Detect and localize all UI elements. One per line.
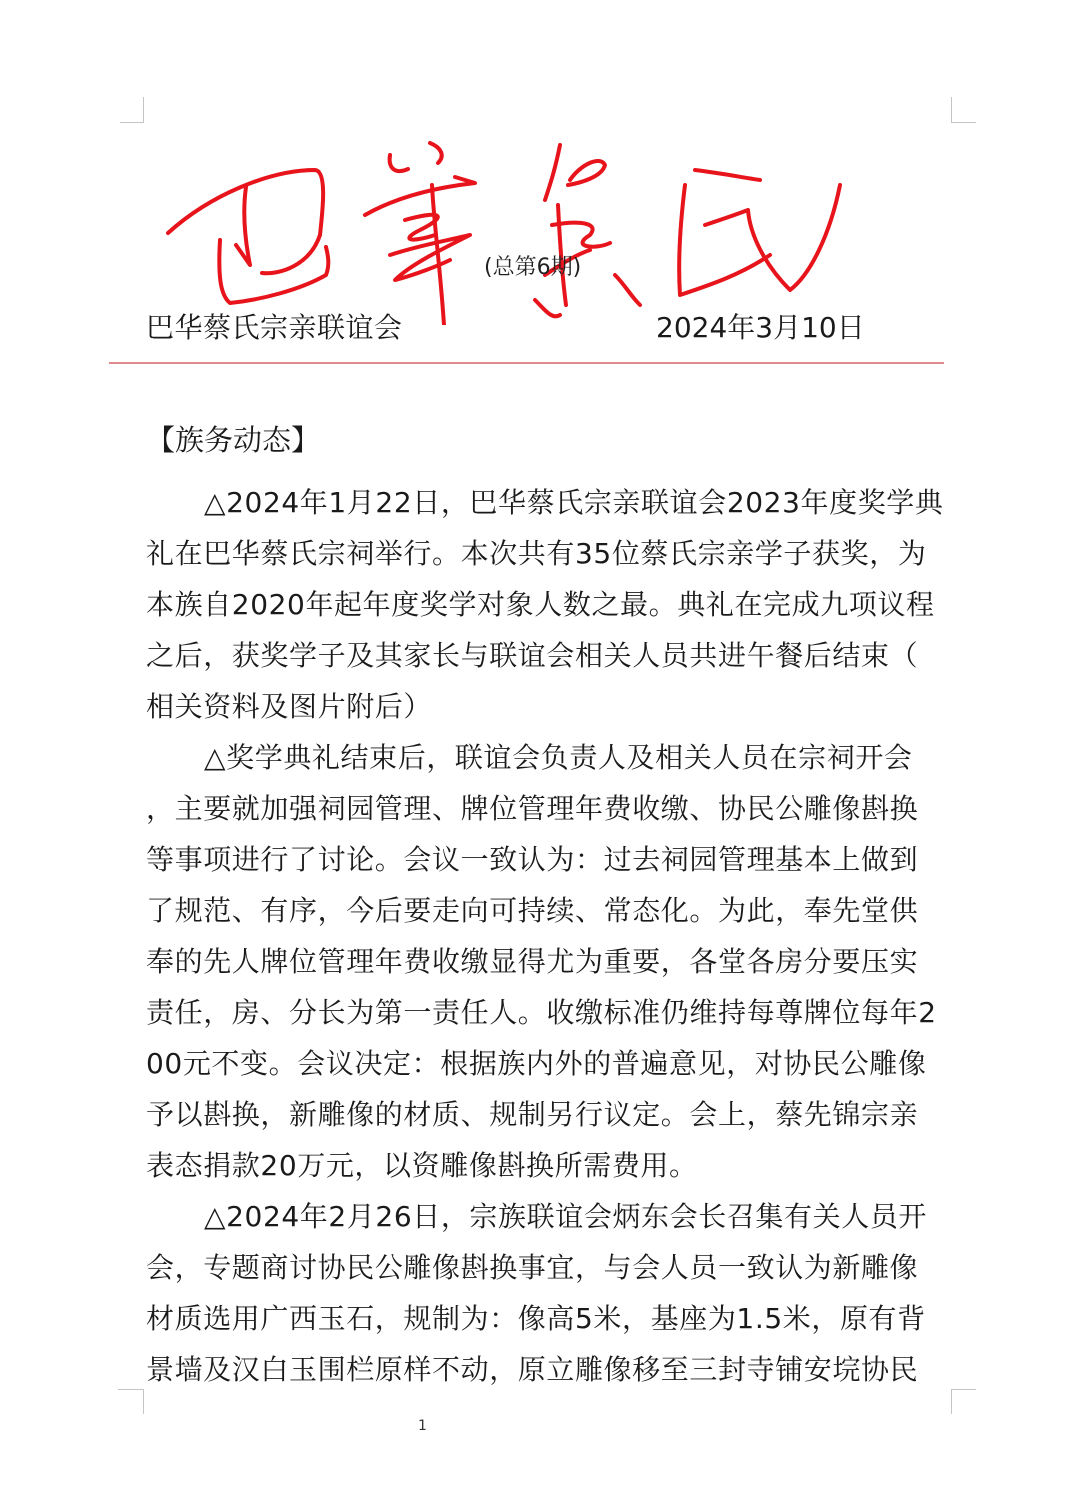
text-line: 会，专题商讨协民公雕像斟换事宜，与会人员一致认为新雕像 xyxy=(146,1242,956,1293)
margin-corner-top-right xyxy=(951,97,976,123)
header-divider xyxy=(109,362,944,364)
text-line: 等事项进行了讨论。会议一致认为：过去祠园管理基本上做到 xyxy=(146,834,956,885)
text-line: △奖学典礼结束后，联谊会负责人及相关人员在宗祠开会 xyxy=(146,732,956,783)
text-line: 之后，获奖学子及其家长与联谊会相关人员共进午餐后结束（ xyxy=(146,630,956,681)
text-line: 相关资料及图片附后） xyxy=(146,681,956,732)
calligraphy-masthead xyxy=(150,125,870,325)
organization-name: 巴华蔡氏宗亲联谊会 xyxy=(146,306,403,346)
document-page: (总第6期) 巴华蔡氏宗亲联谊会 2024年3月10日 【族务动态】 △2024… xyxy=(0,0,1072,1512)
page-number: 1 xyxy=(418,1418,427,1434)
text-line: 礼在巴华蔡氏宗祠举行。本次共有35位蔡氏宗亲学子获奖，为 xyxy=(146,528,956,579)
text-line: 材质选用广西玉石，规制为：像高5米，基座为1.5米，原有背 xyxy=(146,1293,956,1344)
text-line: △2024年1月22日，巴华蔡氏宗亲联谊会2023年度奖学典 xyxy=(146,477,956,528)
margin-corner-top-left xyxy=(120,97,144,123)
text-line: 00元不变。会议决定：根据族内外的普遍意见，对协民公雕像 xyxy=(146,1038,956,1089)
text-line: ，主要就加强祠园管理、牌位管理年费收缴、协民公雕像斟换 xyxy=(146,783,956,834)
text-line: 了规范、有序，今后要走向可持续、常态化。为此，奉先堂供 xyxy=(146,885,956,936)
paragraph-1: △2024年1月22日，巴华蔡氏宗亲联谊会2023年度奖学典 礼在巴华蔡氏宗祠举… xyxy=(146,477,956,732)
publication-date: 2024年3月10日 xyxy=(656,306,865,346)
text-line: 予以斟换，新雕像的材质、规制另行议定。会上，蔡先锦宗亲 xyxy=(146,1089,956,1140)
text-line: 表态捐款20万元，以资雕像斟换所需费用。 xyxy=(146,1140,956,1191)
paragraph-3: △2024年2月26日，宗族联谊会炳东会长召集有关人员开 会，专题商讨协民公雕像… xyxy=(146,1191,956,1395)
article-body: △2024年1月22日，巴华蔡氏宗亲联谊会2023年度奖学典 礼在巴华蔡氏宗祠举… xyxy=(146,477,956,1395)
text-line: 奉的先人牌位管理年费收缴显得尤为重要，各堂各房分要压实 xyxy=(146,936,956,987)
paragraph-2: △奖学典礼结束后，联谊会负责人及相关人员在宗祠开会 ，主要就加强祠园管理、牌位管… xyxy=(146,732,956,1191)
issue-number: (总第6期) xyxy=(484,250,581,281)
text-line: 责任，房、分长为第一责任人。收缴标准仍维持每尊牌位每年2 xyxy=(146,987,956,1038)
text-line: 景墙及汉白玉围栏原样不动，原立雕像移至三封寺铺安垸协民 xyxy=(146,1344,956,1395)
margin-corner-bottom-left xyxy=(118,1389,144,1414)
section-title: 【族务动态】 xyxy=(146,418,320,459)
calligraphy-title-icon xyxy=(150,125,870,325)
text-line: 本族自2020年起年度奖学对象人数之最。典礼在完成九项议程 xyxy=(146,579,956,630)
text-line: △2024年2月26日，宗族联谊会炳东会长召集有关人员开 xyxy=(146,1191,956,1242)
